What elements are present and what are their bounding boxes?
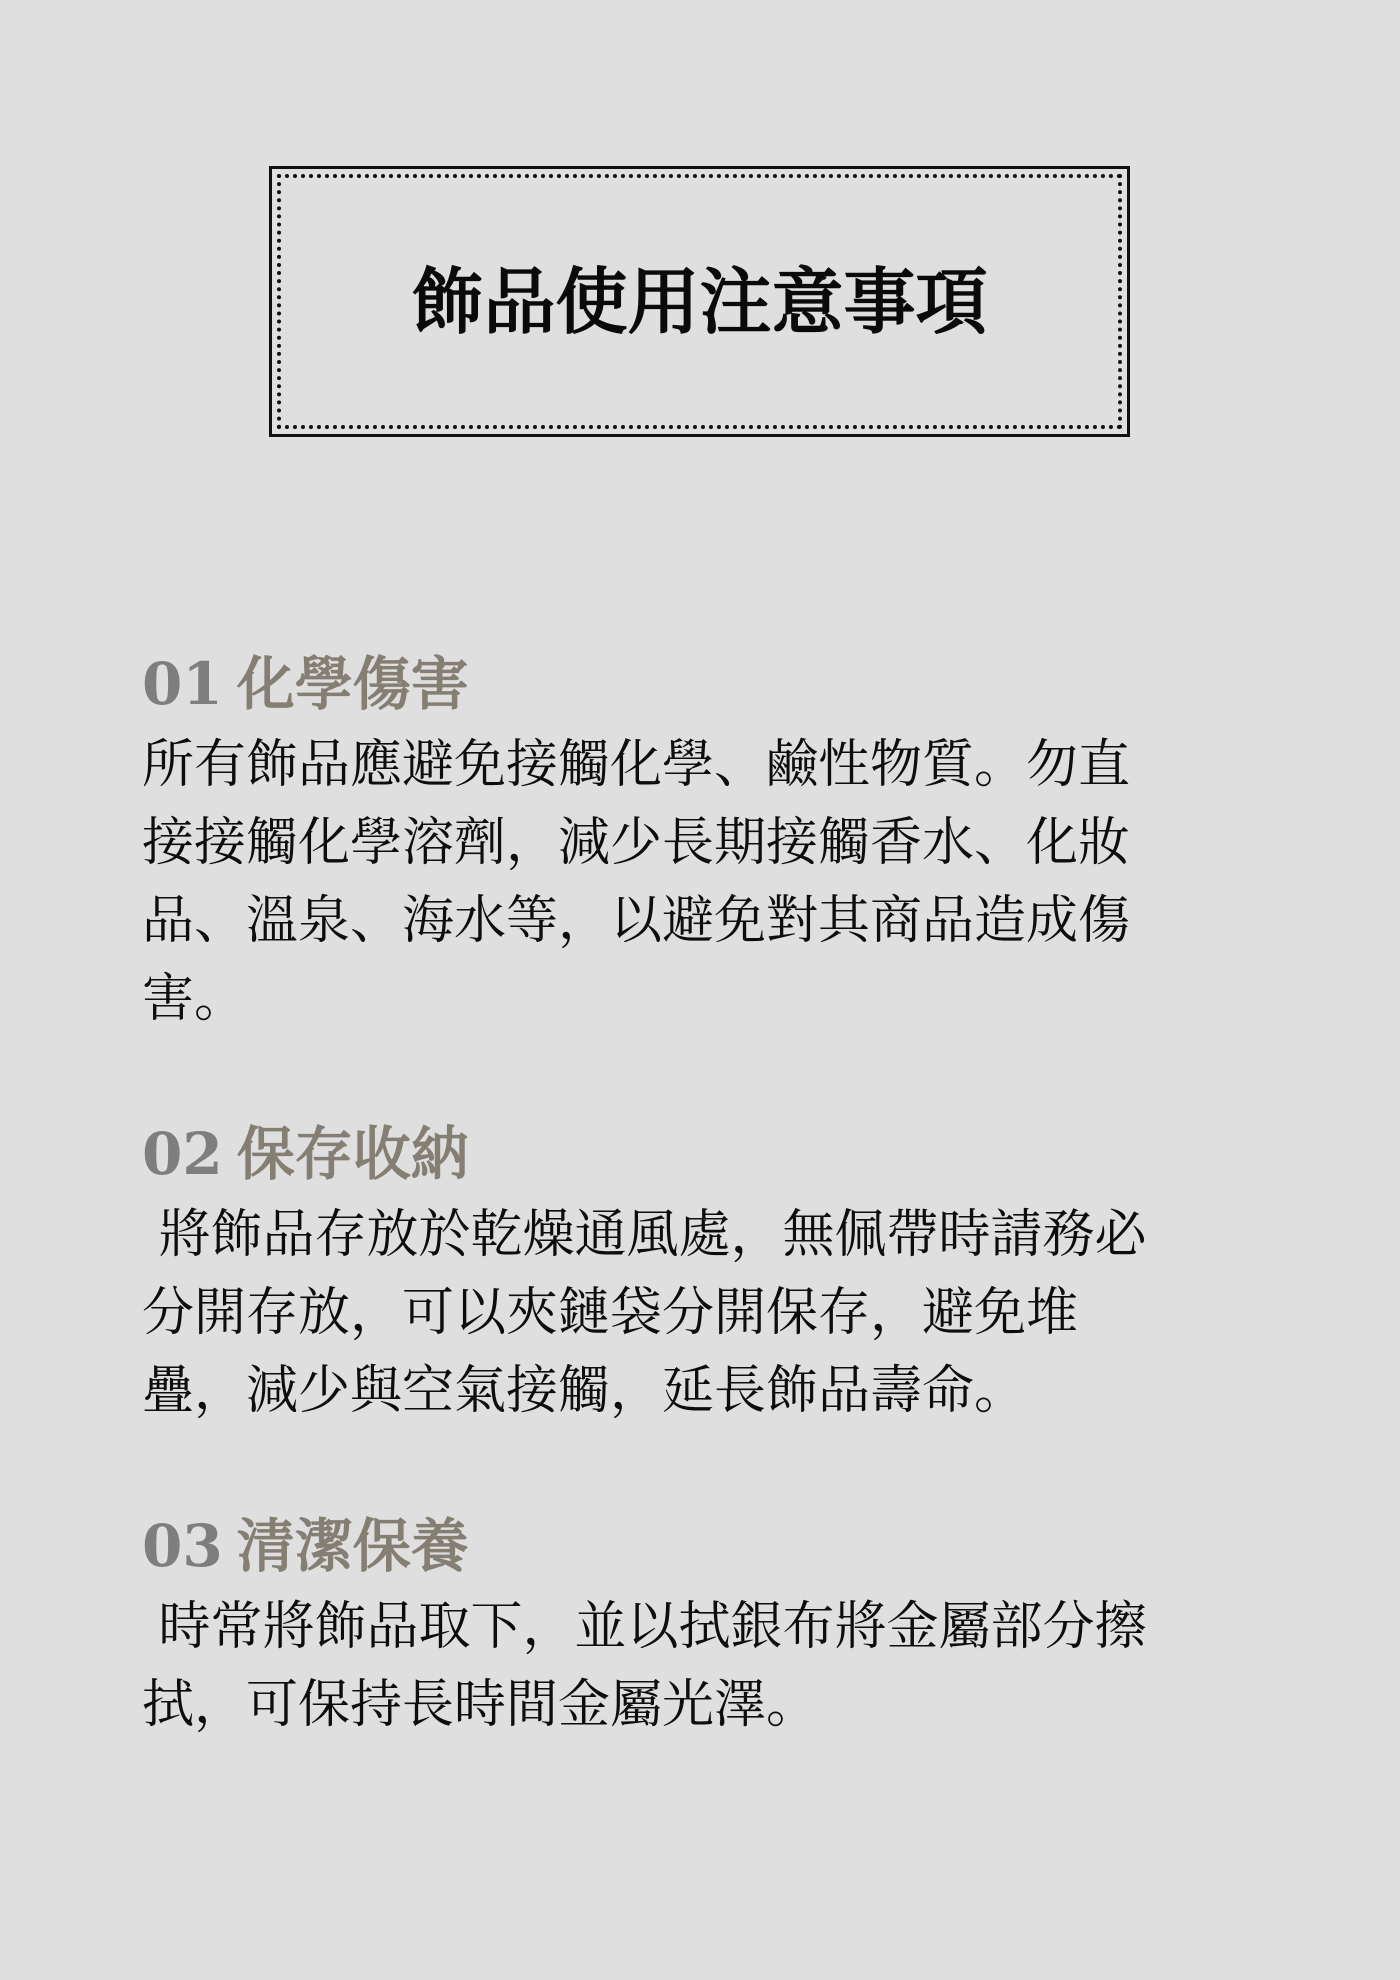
section-title: 化學傷害 — [237, 650, 469, 718]
section-number: 03 — [142, 1512, 223, 1580]
page-title: 飾品使用注意事項 — [272, 266, 1127, 338]
body-line: 拭，可保持長時間金屬光澤。 — [142, 1666, 1222, 1744]
section-heading: 03清潔保養 — [142, 1510, 1262, 1582]
body-line: 時常將飾品取下，並以拭銀布將金屬部分擦 — [142, 1588, 1222, 1666]
body-line: 分開存放，可以夾鏈袋分開保存，避免堆 — [142, 1274, 1222, 1352]
section-title: 清潔保養 — [237, 1512, 469, 1580]
section-number: 02 — [142, 1120, 223, 1188]
section-body: 所有飾品應避免接觸化學、鹼性物質。勿直 接接觸化學溶劑，減少長期接觸香水、化妝 … — [142, 726, 1222, 1038]
section-storage: 02保存收納 將飾品存放於乾燥通風處，無佩帶時請務必 分開存放，可以夾鏈袋分開保… — [142, 1118, 1262, 1430]
body-line: 疊，減少與空氣接觸，延長飾品壽命。 — [142, 1352, 1222, 1430]
body-line: 害。 — [142, 960, 1222, 1038]
section-heading: 02保存收納 — [142, 1118, 1262, 1190]
section-title: 保存收納 — [237, 1120, 469, 1188]
section-cleaning: 03清潔保養 時常將飾品取下，並以拭銀布將金屬部分擦 拭，可保持長時間金屬光澤。 — [142, 1510, 1262, 1744]
section-chemical-damage: 01化學傷害 所有飾品應避免接觸化學、鹼性物質。勿直 接接觸化學溶劑，減少長期接… — [142, 648, 1262, 1038]
body-line: 所有飾品應避免接觸化學、鹼性物質。勿直 — [142, 726, 1222, 804]
title-frame: 飾品使用注意事項 — [269, 166, 1130, 437]
section-number: 01 — [142, 650, 223, 718]
body-line: 接接觸化學溶劑，減少長期接觸香水、化妝 — [142, 804, 1222, 882]
section-body: 時常將飾品取下，並以拭銀布將金屬部分擦 拭，可保持長時間金屬光澤。 — [142, 1588, 1222, 1744]
body-line: 品、溫泉、海水等，以避免對其商品造成傷 — [142, 882, 1222, 960]
section-heading: 01化學傷害 — [142, 648, 1262, 720]
section-body: 將飾品存放於乾燥通風處，無佩帶時請務必 分開存放，可以夾鏈袋分開保存，避免堆 疊… — [142, 1196, 1222, 1430]
body-line: 將飾品存放於乾燥通風處，無佩帶時請務必 — [142, 1196, 1222, 1274]
